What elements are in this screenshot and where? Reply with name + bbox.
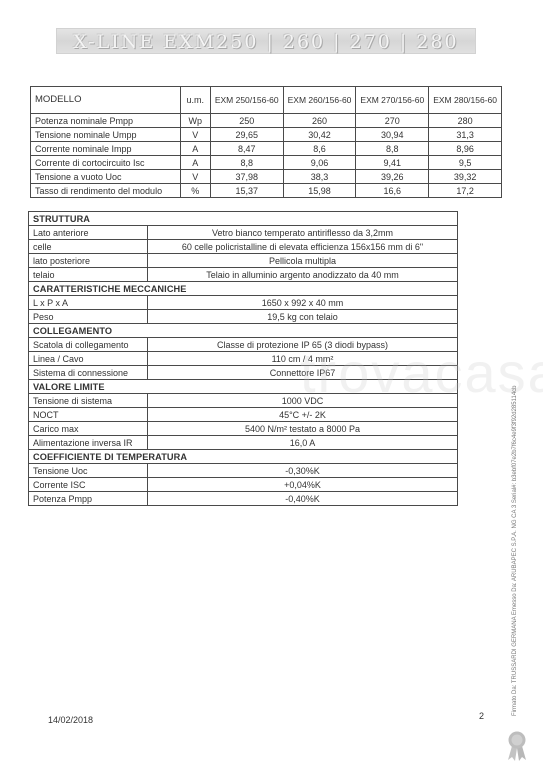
spec-label: Carico max — [29, 422, 148, 436]
spec-value: +0,04%K — [148, 478, 458, 492]
header-model-name: EXM 280/156-60 — [429, 87, 502, 114]
table-row: Peso19,5 kg con telaio — [29, 310, 458, 324]
section-header-row: COEFFICIENTE DI TEMPERATURA — [29, 450, 458, 464]
row-value: 15,37 — [210, 184, 283, 198]
spec-value: 5400 N/m² testato a 8000 Pa — [148, 422, 458, 436]
table-row: Alimentazione inversa IR16,0 A — [29, 436, 458, 450]
table-row: Tensione di sistema1000 VDC — [29, 394, 458, 408]
row-unit: % — [180, 184, 210, 198]
row-label: Corrente di cortocircuito Isc — [31, 156, 181, 170]
row-unit: Wp — [180, 114, 210, 128]
table-row: Corrente ISC+0,04%K — [29, 478, 458, 492]
spec-value: Vetro bianco temperato antiriflesso da 3… — [148, 226, 458, 240]
spec-value: Connettore IP67 — [148, 366, 458, 380]
row-value: 8,96 — [429, 142, 502, 156]
row-value: 39,32 — [429, 170, 502, 184]
table-row: Corrente di cortocircuito IscA8,89,069,4… — [31, 156, 502, 170]
row-value: 8,47 — [210, 142, 283, 156]
section-title: VALORE LIMITE — [29, 380, 458, 394]
row-value: 17,2 — [429, 184, 502, 198]
spec-label: Lato anteriore — [29, 226, 148, 240]
row-value: 270 — [356, 114, 429, 128]
spec-label: lato posteriore — [29, 254, 148, 268]
row-value: 8,6 — [283, 142, 356, 156]
table-row: celle60 celle policristalline di elevata… — [29, 240, 458, 254]
row-value: 37,98 — [210, 170, 283, 184]
spec-label: Corrente ISC — [29, 478, 148, 492]
table-row: Sistema di connessioneConnettore IP67 — [29, 366, 458, 380]
spec-label: Tensione di sistema — [29, 394, 148, 408]
row-value: 9,41 — [356, 156, 429, 170]
section-title: STRUTTURA — [29, 212, 458, 226]
table-row: Corrente nominale ImppA8,478,68,88,96 — [31, 142, 502, 156]
spec-value: 60 celle policristalline di elevata effi… — [148, 240, 458, 254]
header-model-name: EXM 270/156-60 — [356, 87, 429, 114]
page-number: 2 — [479, 711, 484, 721]
spec-value: Classe di protezione IP 65 (3 diodi bypa… — [148, 338, 458, 352]
header-unit-label: u.m. — [180, 87, 210, 114]
section-header-row: CARATTERISTICHE MECCANICHE — [29, 282, 458, 296]
row-value: 9,06 — [283, 156, 356, 170]
spec-value: 19,5 kg con telaio — [148, 310, 458, 324]
spec-value: -0,40%K — [148, 492, 458, 506]
row-value: 30,42 — [283, 128, 356, 142]
section-header-row: COLLEGAMENTO — [29, 324, 458, 338]
row-value: 280 — [429, 114, 502, 128]
section-header-row: VALORE LIMITE — [29, 380, 458, 394]
row-value: 30,94 — [356, 128, 429, 142]
table-header-row: MODELLOu.m.EXM 250/156-60EXM 260/156-60E… — [31, 87, 502, 114]
section-title: CARATTERISTICHE MECCANICHE — [29, 282, 458, 296]
spec-value: 16,0 A — [148, 436, 458, 450]
spec-label: Tensione Uoc — [29, 464, 148, 478]
table-row: NOCT45°C +/- 2K — [29, 408, 458, 422]
spec-label: L x P x A — [29, 296, 148, 310]
title-banner: X-LINE EXM250 | 260 | 270 | 280 — [56, 28, 476, 54]
spec-value: 1650 x 992 x 40 mm — [148, 296, 458, 310]
table-row: Tensione Uoc-0,30%K — [29, 464, 458, 478]
row-value: 16,6 — [356, 184, 429, 198]
table-row: Tasso di rendimento del modulo%15,3715,9… — [31, 184, 502, 198]
spec-value: -0,30%K — [148, 464, 458, 478]
row-label: Tasso di rendimento del modulo — [31, 184, 181, 198]
footer-date: 14/02/2018 — [48, 715, 93, 725]
table-row: Scatola di collegamentoClasse di protezi… — [29, 338, 458, 352]
spec-label: Sistema di connessione — [29, 366, 148, 380]
digital-signature-text: Firmato Da: TRUSSARDI GERMANA Emesso Da:… — [512, 386, 518, 717]
row-value: 260 — [283, 114, 356, 128]
row-value: 39,26 — [356, 170, 429, 184]
mechanical-specs-table: STRUTTURALato anterioreVetro bianco temp… — [28, 211, 458, 506]
table-row: Lato anterioreVetro bianco temperato ant… — [29, 226, 458, 240]
spec-value: 1000 VDC — [148, 394, 458, 408]
spec-label: celle — [29, 240, 148, 254]
spec-value: 45°C +/- 2K — [148, 408, 458, 422]
section-title: COEFFICIENTE DI TEMPERATURA — [29, 450, 458, 464]
spec-value: Telaio in alluminio argento anodizzato d… — [148, 268, 458, 282]
document-title: X-LINE EXM250 | 260 | 270 | 280 — [57, 31, 475, 53]
spec-label: Scatola di collegamento — [29, 338, 148, 352]
spec-value: Pellicola multipla — [148, 254, 458, 268]
row-value: 31,3 — [429, 128, 502, 142]
table-row: Potenza nominale PmppWp250260270280 — [31, 114, 502, 128]
spec-label: Potenza Pmpp — [29, 492, 148, 506]
table-row: Tensione nominale UmppV29,6530,4230,9431… — [31, 128, 502, 142]
table-row: Potenza Pmpp-0,40%K — [29, 492, 458, 506]
header-model-label: MODELLO — [31, 87, 181, 114]
row-unit: V — [180, 170, 210, 184]
table-row: Linea / Cavo110 cm / 4 mm² — [29, 352, 458, 366]
spec-value: 110 cm / 4 mm² — [148, 352, 458, 366]
row-unit: V — [180, 128, 210, 142]
section-title: COLLEGAMENTO — [29, 324, 458, 338]
signature-seal-icon — [505, 730, 529, 762]
row-unit: A — [180, 156, 210, 170]
spec-label: Alimentazione inversa IR — [29, 436, 148, 450]
spec-label: telaio — [29, 268, 148, 282]
row-value: 8,8 — [356, 142, 429, 156]
spec-label: NOCT — [29, 408, 148, 422]
section-header-row: STRUTTURA — [29, 212, 458, 226]
table-row: L x P x A1650 x 992 x 40 mm — [29, 296, 458, 310]
header-model-name: EXM 260/156-60 — [283, 87, 356, 114]
header-model-name: EXM 250/156-60 — [210, 87, 283, 114]
row-label: Potenza nominale Pmpp — [31, 114, 181, 128]
row-value: 15,98 — [283, 184, 356, 198]
row-label: Tensione a vuoto Uoc — [31, 170, 181, 184]
spec-label: Linea / Cavo — [29, 352, 148, 366]
row-label: Corrente nominale Impp — [31, 142, 181, 156]
table-row: Carico max5400 N/m² testato a 8000 Pa — [29, 422, 458, 436]
table-row: lato posteriorePellicola multipla — [29, 254, 458, 268]
row-value: 9,5 — [429, 156, 502, 170]
spec-label: Peso — [29, 310, 148, 324]
row-value: 29,65 — [210, 128, 283, 142]
electrical-specs-table: MODELLOu.m.EXM 250/156-60EXM 260/156-60E… — [30, 86, 502, 198]
row-unit: A — [180, 142, 210, 156]
table-row: telaioTelaio in alluminio argento anodiz… — [29, 268, 458, 282]
row-value: 38,3 — [283, 170, 356, 184]
row-value: 250 — [210, 114, 283, 128]
table-row: Tensione a vuoto UocV37,9838,339,2639,32 — [31, 170, 502, 184]
row-label: Tensione nominale Umpp — [31, 128, 181, 142]
row-value: 8,8 — [210, 156, 283, 170]
